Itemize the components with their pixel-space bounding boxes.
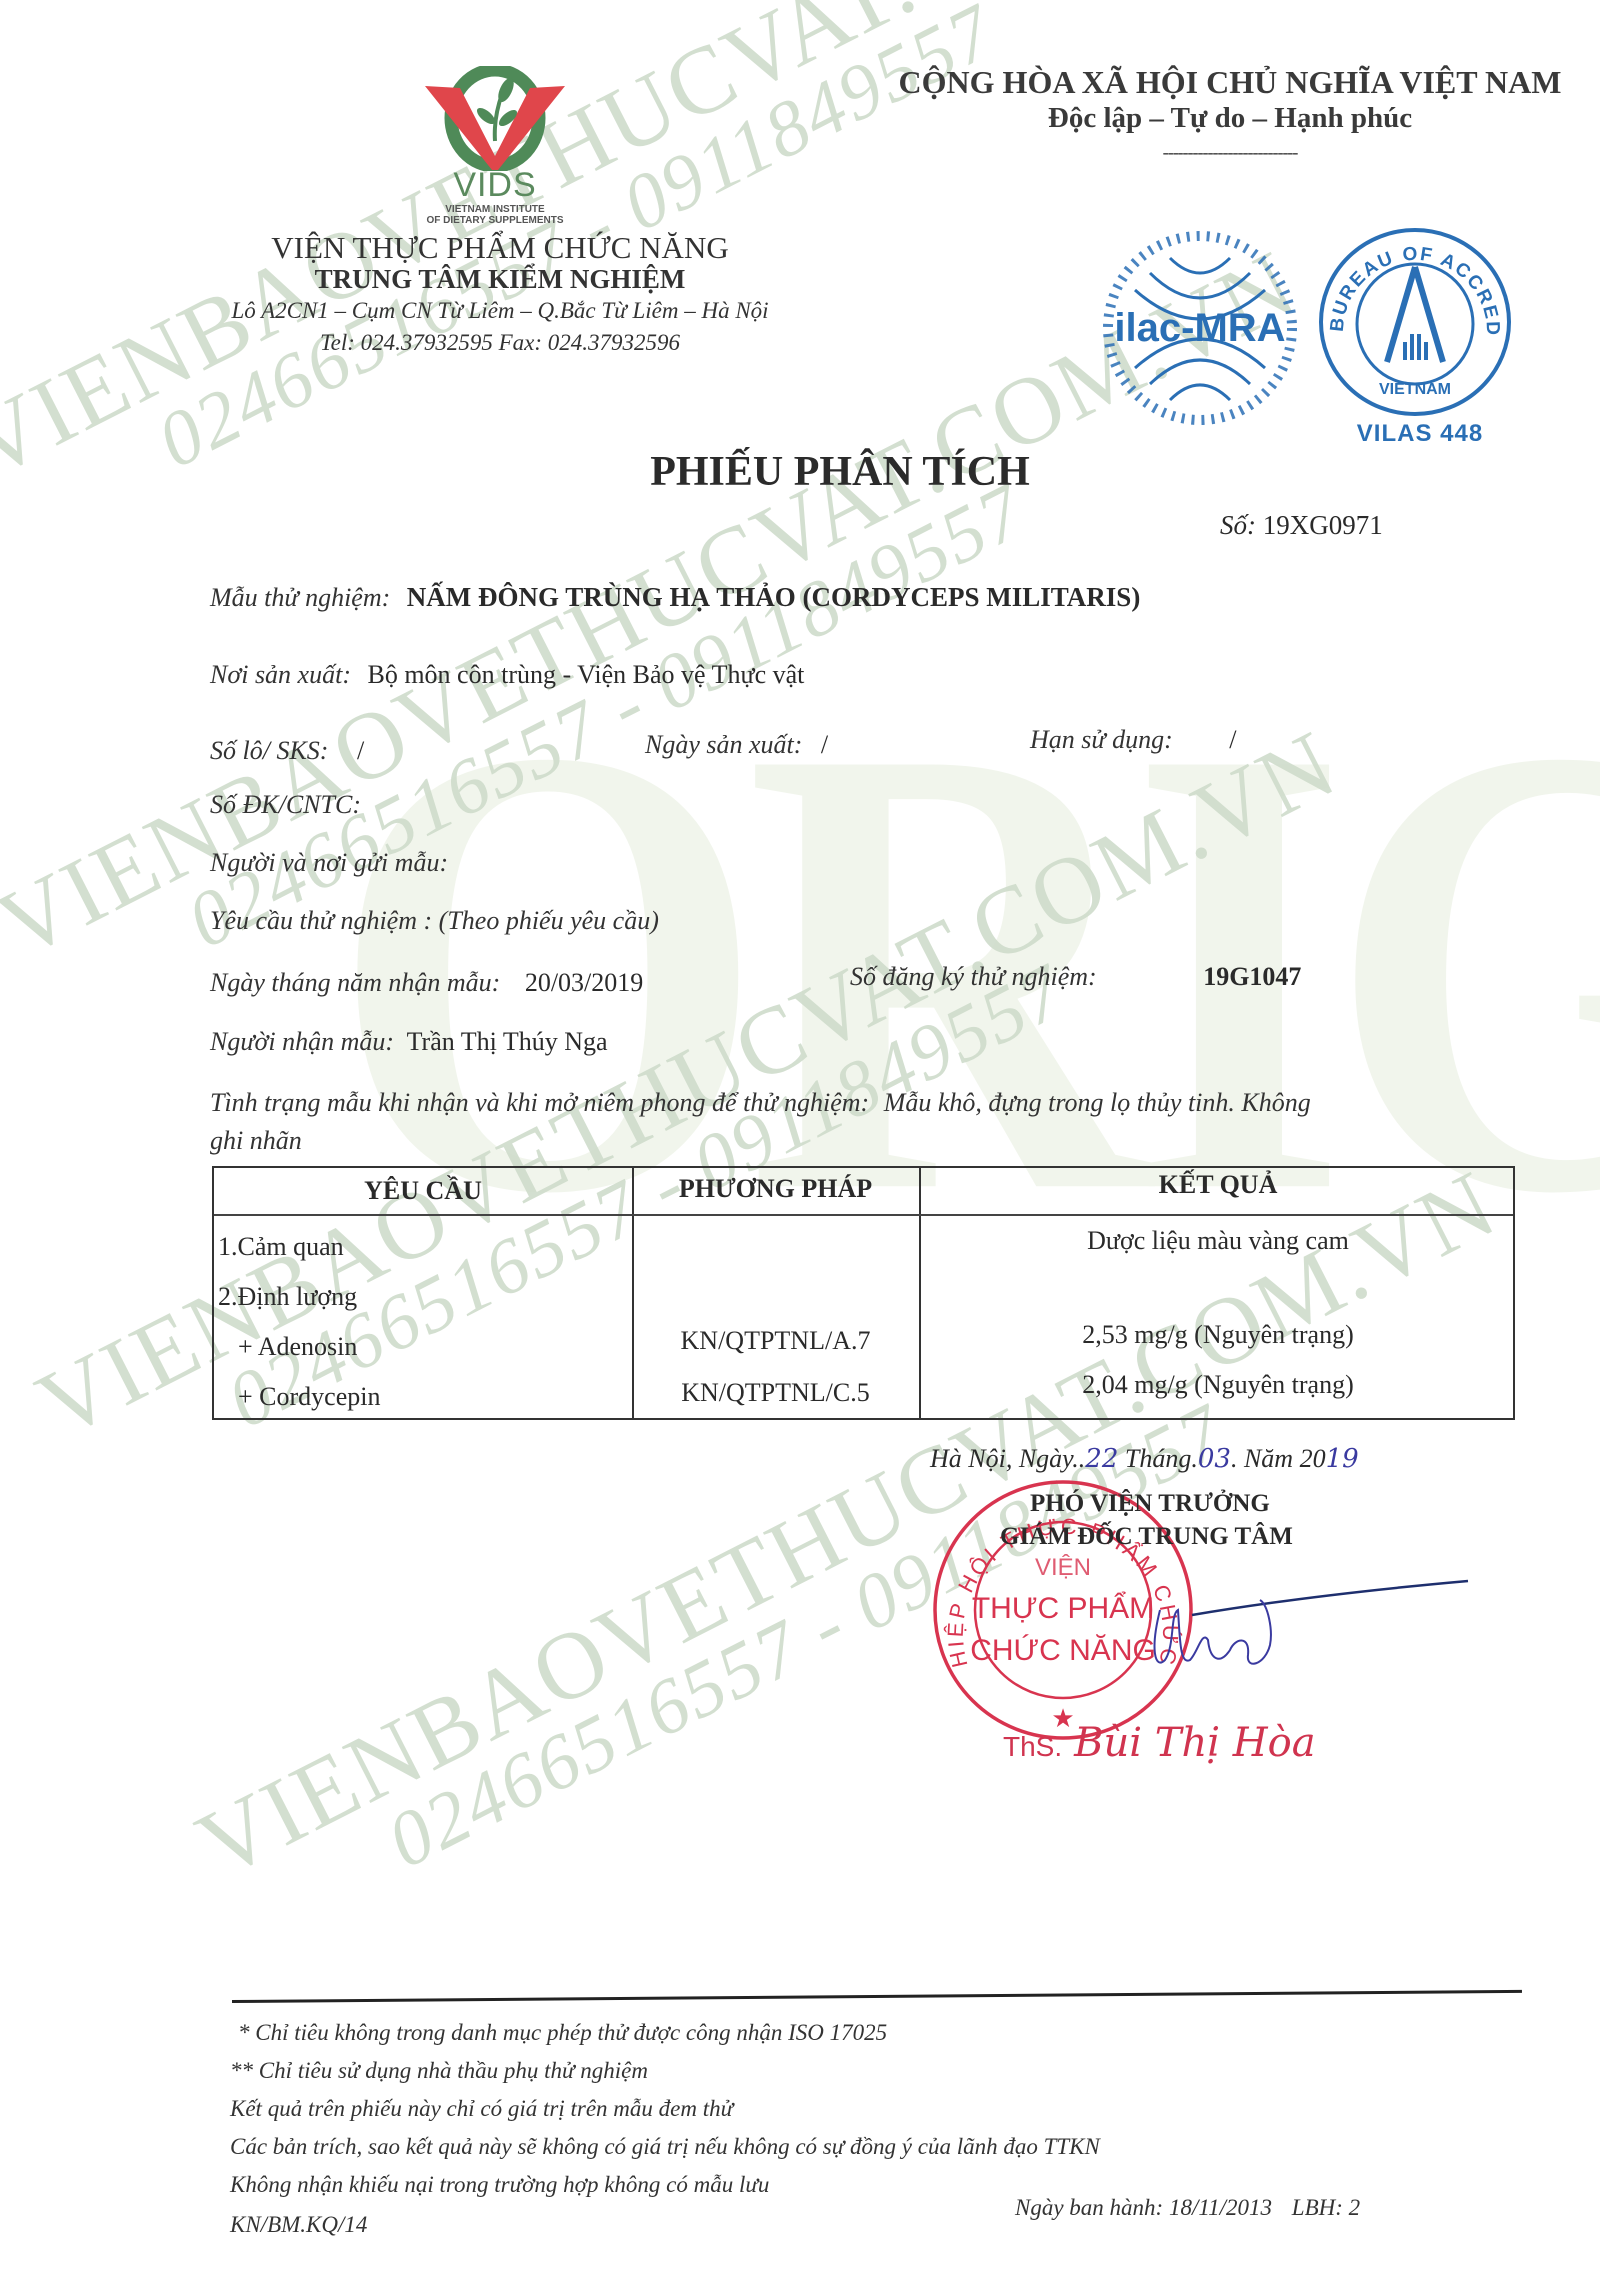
signer-position-2: GIÁM ĐỐC TRUNG TÂM (1000, 1523, 1293, 1551)
issue-date: Ngày ban hành: 18/11/2013 (1015, 2195, 1272, 2220)
field-value: / (1229, 725, 1236, 754)
svg-text:THỰC PHẨM: THỰC PHẨM (972, 1591, 1154, 1625)
results-table: YÊU CẦU PHƯƠNG PHÁP KẾT QUẢ 1.Cảm quan D… (212, 1166, 1515, 1420)
field-value: Trần Thị Thúy Nga (407, 1027, 608, 1056)
field-label: Số ĐK/CNTC: (210, 790, 361, 819)
ilac-mra-icon: ilac-MRA (1095, 228, 1305, 428)
field-label: Hạn sử dụng: (1030, 725, 1173, 754)
issue-info: Ngày ban hành: 18/11/2013 LBH: 2 (1015, 2195, 1360, 2221)
org-name: VIỆN THỰC PHẨM CHỨC NĂNG (180, 230, 820, 266)
handwritten-signature-icon (1140, 1590, 1280, 1680)
field-label: Người nhận mẫu: (210, 1027, 394, 1056)
vids-leaf-v-logo-icon (420, 66, 570, 171)
cell-result: Dược liệu màu vàng cam (919, 1226, 1517, 1256)
footer-note: * Chỉ tiêu không trong danh mục phép thử… (238, 2020, 887, 2046)
year-label: Năm 20 (1244, 1444, 1326, 1473)
footer-divider (232, 1990, 1522, 2003)
field-condition: Tình trạng mẫu khi nhận và khi mở niêm p… (210, 1088, 1311, 1118)
center-name: TRUNG TÂM KIỂM NGHIỆM (180, 264, 820, 295)
document-number-label: Số: (1220, 510, 1256, 540)
signing-place-date: Hà Nội, Ngày..22 Tháng.03. Năm 2019 (930, 1444, 1359, 1474)
cell-requirement: 2.Định lượng (218, 1282, 357, 1312)
table-header-divider (214, 1214, 1513, 1216)
svg-text:VIETNAM: VIETNAM (1379, 381, 1451, 398)
field-label: Tình trạng mẫu khi nhận và khi mở niêm p… (210, 1088, 869, 1117)
svg-text:CHỨC NĂNG: CHỨC NĂNG (970, 1634, 1156, 1667)
document-number: Số: 19XG0971 (1220, 510, 1383, 541)
svg-text:ilac-MRA: ilac-MRA (1114, 306, 1285, 350)
cell-result: 2,53 mg/g (Nguyên trạng) (919, 1320, 1517, 1350)
field-label: Người và nơi gửi mẫu: (210, 848, 448, 877)
field-value: Bộ môn côn trùng - Viện Bảo vệ Thực vật (367, 660, 804, 689)
org-address: Lô A2CN1 – Cụm CN Từ Liêm – Q.Bắc Từ Liê… (180, 298, 820, 324)
field-test-registration: Số đăng ký thử nghiệm: 19G1047 (850, 962, 1301, 992)
table-header-result: KẾT QUẢ (919, 1170, 1517, 1200)
table-header-method: PHƯƠNG PHÁP (632, 1174, 919, 1204)
org-contact: Tel: 024.37932595 Fax: 024.37932596 (180, 330, 820, 356)
logo-sub2: OF DIETARY SUPPLEMENTS (410, 215, 580, 226)
place-prefix: Hà Nội, Ngày (930, 1444, 1072, 1473)
boa-accreditation-icon: BUREAU OF ACCREDITATION VIETNAM (1315, 222, 1515, 422)
vids-logo: VIDS VIETNAM INSTITUTE OF DIETARY SUPPLE… (420, 66, 570, 226)
field-value: 19G1047 (1203, 962, 1301, 991)
field-label: Mẫu thử nghiệm: (210, 583, 390, 612)
footer-note: Không nhận khiếu nại trong trường hợp kh… (230, 2172, 769, 2198)
table-header-requirement: YÊU CẦU (214, 1176, 632, 1206)
ilac-mra-mark: ilac-MRA (1095, 228, 1305, 428)
cell-requirement: 1.Cảm quan (218, 1232, 344, 1262)
revision-number: LBH: 2 (1292, 2195, 1360, 2220)
signer-title: ThS. (1003, 1731, 1062, 1762)
sign-year: 19 (1326, 1444, 1359, 1474)
field-received-date: Ngày tháng năm nhận mẫu: 20/03/2019 (210, 968, 643, 998)
field-expiry: Hạn sử dụng: / (1030, 725, 1236, 755)
vilas-number: VILAS 448 (1335, 420, 1505, 448)
field-value: NẤM ĐÔNG TRÙNG HẠ THẢO (CORDYCEPS MILITA… (407, 582, 1141, 612)
cell-requirement: + Adenosin (238, 1332, 357, 1362)
nation-heading: CỘNG HÒA XÃ HỘI CHỦ NGHĨA VIỆT NAM (870, 64, 1590, 101)
footer-note: Các bản trích, sao kết quả này sẽ không … (230, 2134, 1100, 2160)
field-value: / (821, 730, 828, 759)
sign-day: 22 (1085, 1444, 1118, 1474)
header-divider: --------------------------- (870, 142, 1590, 163)
sign-month: 03 (1198, 1444, 1231, 1474)
field-label: Số lô/ SKS: (210, 736, 328, 765)
field-value: / (357, 736, 364, 765)
nation-motto: Độc lập – Tự do – Hạnh phúc (870, 102, 1590, 135)
field-receiver: Người nhận mẫu: Trần Thị Thúy Nga (210, 1027, 608, 1057)
cell-method: KN/QTPTNL/C.5 (632, 1378, 919, 1408)
boa-accreditation-mark: BUREAU OF ACCREDITATION VIETNAM (1315, 222, 1515, 422)
signer-name-block: ThS.Bùi Thị Hòa (1003, 1720, 1316, 1766)
field-registration: Số ĐK/CNTC: (210, 790, 361, 820)
field-label: Số đăng ký thử nghiệm: (850, 962, 1097, 991)
cell-method: KN/QTPTNL/A.7 (632, 1326, 919, 1356)
field-sender: Người và nơi gửi mẫu: (210, 848, 448, 878)
footer-note: ** Chỉ tiêu sử dụng nhà thầu phụ thử ngh… (230, 2058, 648, 2084)
field-label: Ngày sản xuất: (645, 730, 802, 759)
field-lot: Số lô/ SKS: / (210, 736, 364, 766)
field-label: Nơi sản xuất: (210, 660, 351, 689)
logo-subtitle: VIETNAM INSTITUTE OF DIETARY SUPPLEMENTS (410, 204, 580, 226)
form-code: KN/BM.KQ/14 (230, 2212, 367, 2238)
month-label: Tháng (1125, 1444, 1191, 1473)
field-value: (Theo phiếu yêu cầu) (439, 906, 659, 935)
cell-requirement: + Cordycepin (238, 1382, 380, 1412)
field-mfg-date: Ngày sản xuất: / (645, 730, 828, 760)
field-value: Mẫu khô, đựng trong lọ thủy tinh. Không (884, 1088, 1311, 1117)
signer-name: Bùi Thị Hòa (1074, 1720, 1315, 1766)
field-origin: Nơi sản xuất: Bộ môn côn trùng - Viện Bả… (210, 660, 804, 690)
field-value: 20/03/2019 (525, 968, 643, 997)
footer-note: Kết quả trên phiếu này chỉ có giá trị tr… (230, 2096, 733, 2122)
field-label: Yêu cầu thử nghiệm : (210, 906, 432, 935)
logo-sub1: VIETNAM INSTITUTE (410, 204, 580, 215)
cell-result: 2,04 mg/g (Nguyên trạng) (919, 1370, 1517, 1400)
field-request: Yêu cầu thử nghiệm : (Theo phiếu yêu cầu… (210, 906, 659, 936)
logo-abbr: VIDS (420, 166, 570, 205)
field-value-cont: ghi nhãn (210, 1126, 302, 1155)
field-label: Ngày tháng năm nhận mẫu: (210, 968, 500, 997)
field-condition-cont: ghi nhãn (210, 1126, 302, 1156)
signer-position-1: PHÓ VIỆN TRƯỞNG (1030, 1490, 1270, 1518)
document-number-value: 19XG0971 (1263, 510, 1383, 540)
document-title: PHIẾU PHÂN TÍCH (600, 448, 1080, 496)
svg-text:VIỆN: VIỆN (1035, 1554, 1091, 1581)
field-sample: Mẫu thử nghiệm: NẤM ĐÔNG TRÙNG HẠ THẢO (… (210, 582, 1140, 613)
